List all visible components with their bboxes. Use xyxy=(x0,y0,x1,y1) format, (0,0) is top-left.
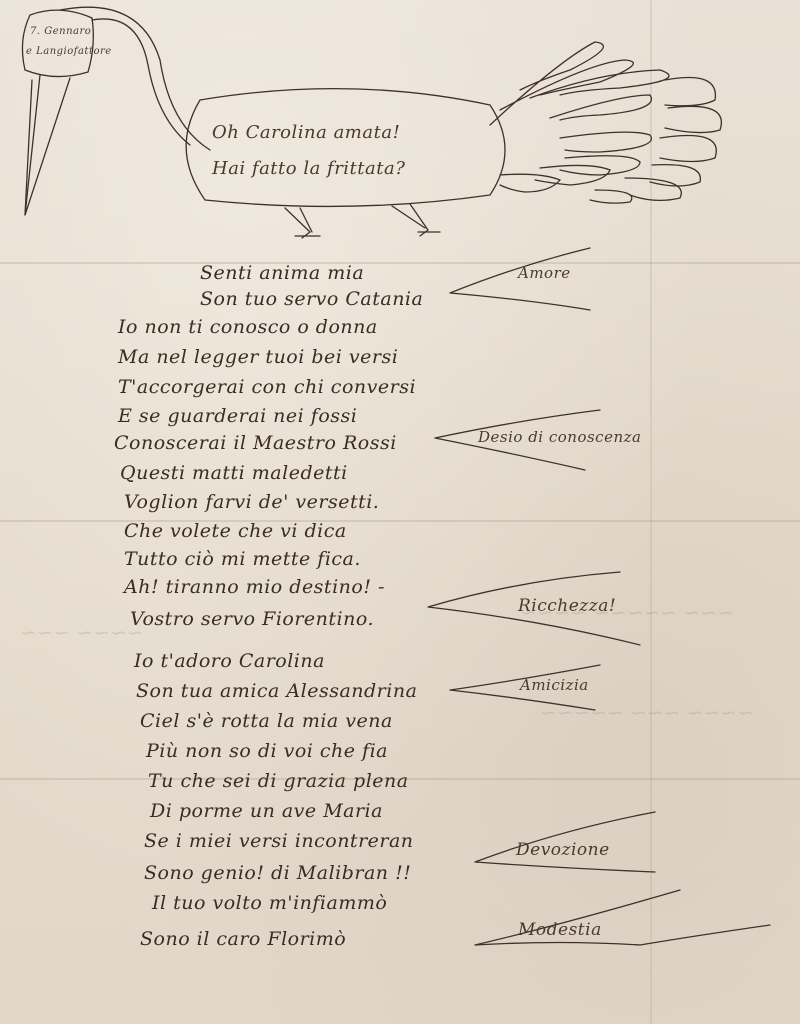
verse-line: Io non ti conosco o donna xyxy=(118,316,378,338)
verse-line: Tu che sei di grazia plena xyxy=(148,770,409,792)
head-label-line: e Langiofattore xyxy=(26,46,112,57)
verse-line: T'accorgerai con chi conversi xyxy=(118,376,416,398)
speech-bubble-line: Hai fatto la frittata? xyxy=(212,158,405,179)
speech-bubble-line: Oh Carolina amata! xyxy=(212,122,400,143)
manuscript-page: ~~~ ~~~~~ ~~~~ ~~~~ ~~~ ~~~~~ ~~~~ ~~~ xyxy=(0,0,800,1024)
annotation-amore: Amore xyxy=(518,264,571,282)
verse-line: Ma nel legger tuoi bei versi xyxy=(118,346,398,368)
annotation-amicizia: Amicizia xyxy=(520,676,589,694)
verse-line: Ciel s'è rotta la mia vena xyxy=(140,710,393,732)
verse-line: Son tuo servo Catania xyxy=(200,288,423,310)
verse-line: Ah! tiranno mio destino! - xyxy=(124,576,385,598)
annotation-devozione: Devozione xyxy=(516,840,610,860)
annotation-ricchezza: Ricchezza! xyxy=(518,596,616,616)
verse-line: Io t'adoro Carolina xyxy=(134,650,325,672)
verse-line: Son tua amica Alessandrina xyxy=(136,680,417,702)
verse-line: Sono il caro Florimò xyxy=(140,928,346,950)
verse-line: Questi matti maledetti xyxy=(120,462,348,484)
verse-line: Conoscerai il Maestro Rossi xyxy=(114,432,397,454)
verse-line: Che volete che vi dica xyxy=(124,520,347,542)
verse-line: Sono genio! di Malibran !! xyxy=(144,862,411,884)
verse-line: Di porme un ave Maria xyxy=(150,800,383,822)
head-label-line: 7. Gennaro xyxy=(30,26,91,37)
verse-line: Se i miei versi incontreran xyxy=(144,830,414,852)
verse-line: Il tuo volto m'infiammò xyxy=(152,892,387,914)
verse-line: Senti anima mia xyxy=(200,262,364,284)
verse-line: Voglion farvi de' versetti. xyxy=(124,491,379,513)
verse-line: Tutto ciò mi mette fica. xyxy=(124,548,361,570)
annotation-desio-di-conoscenza: Desio di conoscenza xyxy=(478,428,641,446)
verse-line: Vostro servo Fiorentino. xyxy=(130,608,374,630)
annotation-modestia: Modestia xyxy=(518,920,602,940)
verse-line: E se guarderai nei fossi xyxy=(118,405,357,427)
verse-line: Più non so di voi che fia xyxy=(146,740,388,762)
